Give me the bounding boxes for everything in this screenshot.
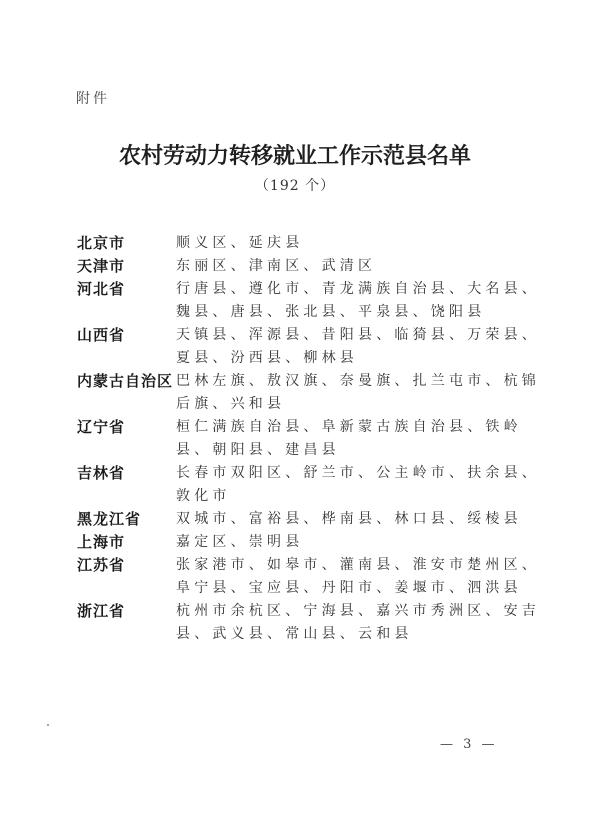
- county-names: 长春市双阳区、舒兰市、公主岭市、扶余县、敦化市: [176, 462, 547, 508]
- list-item: 河北省 行唐县、遵化市、青龙满族自治县、大名县、魏县、唐县、张北县、平泉县、饶阳…: [77, 278, 547, 324]
- region-name: 河北省: [77, 278, 176, 301]
- county-names: 桓仁满族自治县、阜新蒙古族自治县、铁岭县、朝阳县、建昌县: [176, 416, 547, 462]
- county-names: 张家港市、如皋市、灌南县、淮安市楚州区、阜宁县、宝应县、丹阳市、姜堰市、泗洪县: [176, 554, 547, 600]
- list-item: 内蒙古自治区 巴林左旗、敖汉旗、奈曼旗、扎兰屯市、杭锦后旗、兴和县: [77, 370, 547, 416]
- list-item: 北京市 顺义区、延庆县: [77, 232, 547, 255]
- region-name: 天津市: [77, 255, 176, 278]
- document-page: 附件 农村劳动力转移就业工作示范县名单 （192 个） 北京市 顺义区、延庆县 …: [0, 0, 590, 839]
- region-name: 内蒙古自治区: [77, 370, 176, 393]
- region-name: 浙江省: [77, 600, 176, 623]
- document-title: 农村劳动力转移就业工作示范县名单: [0, 139, 590, 170]
- list-item: 山西省 天镇县、浑源县、昔阳县、临猗县、万荣县、夏县、汾西县、柳林县: [77, 324, 547, 370]
- scan-speck: [47, 724, 49, 726]
- list-item: 江苏省 张家港市、如皋市、灌南县、淮安市楚州区、阜宁县、宝应县、丹阳市、姜堰市、…: [77, 554, 547, 600]
- region-name: 辽宁省: [77, 416, 176, 439]
- region-name: 上海市: [77, 531, 176, 554]
- region-name: 黑龙江省: [77, 508, 176, 531]
- region-name: 江苏省: [77, 554, 176, 577]
- list-item: 辽宁省 桓仁满族自治县、阜新蒙古族自治县、铁岭县、朝阳县、建昌县: [77, 416, 547, 462]
- county-names: 东丽区、津南区、武清区: [176, 255, 547, 278]
- list-item: 黑龙江省 双城市、富裕县、桦南县、林口县、绥棱县: [77, 508, 547, 531]
- county-names: 顺义区、延庆县: [176, 232, 547, 255]
- county-names: 巴林左旗、敖汉旗、奈曼旗、扎兰屯市、杭锦后旗、兴和县: [176, 370, 547, 416]
- region-name: 北京市: [77, 232, 176, 255]
- region-name: 山西省: [77, 324, 176, 347]
- attachment-label: 附件: [76, 88, 110, 108]
- county-list: 北京市 顺义区、延庆县 天津市 东丽区、津南区、武清区 河北省 行唐县、遵化市、…: [77, 232, 547, 646]
- list-item: 浙江省 杭州市余杭区、宁海县、嘉兴市秀洲区、安吉县、武义县、常山县、云和县: [77, 600, 547, 646]
- list-item: 天津市 东丽区、津南区、武清区: [77, 255, 547, 278]
- region-name: 吉林省: [77, 462, 176, 485]
- page-number: — 3 —: [440, 737, 498, 752]
- county-names: 嘉定区、崇明县: [176, 531, 547, 554]
- county-names: 双城市、富裕县、桦南县、林口县、绥棱县: [176, 508, 547, 531]
- list-item: 上海市 嘉定区、崇明县: [77, 531, 547, 554]
- county-names: 行唐县、遵化市、青龙满族自治县、大名县、魏县、唐县、张北县、平泉县、饶阳县: [176, 278, 547, 324]
- list-item: 吉林省 长春市双阳区、舒兰市、公主岭市、扶余县、敦化市: [77, 462, 547, 508]
- county-names: 天镇县、浑源县、昔阳县、临猗县、万荣县、夏县、汾西县、柳林县: [176, 324, 547, 370]
- document-subtitle-count: （192 个）: [0, 175, 590, 195]
- county-names: 杭州市余杭区、宁海县、嘉兴市秀洲区、安吉县、武义县、常山县、云和县: [176, 600, 547, 646]
